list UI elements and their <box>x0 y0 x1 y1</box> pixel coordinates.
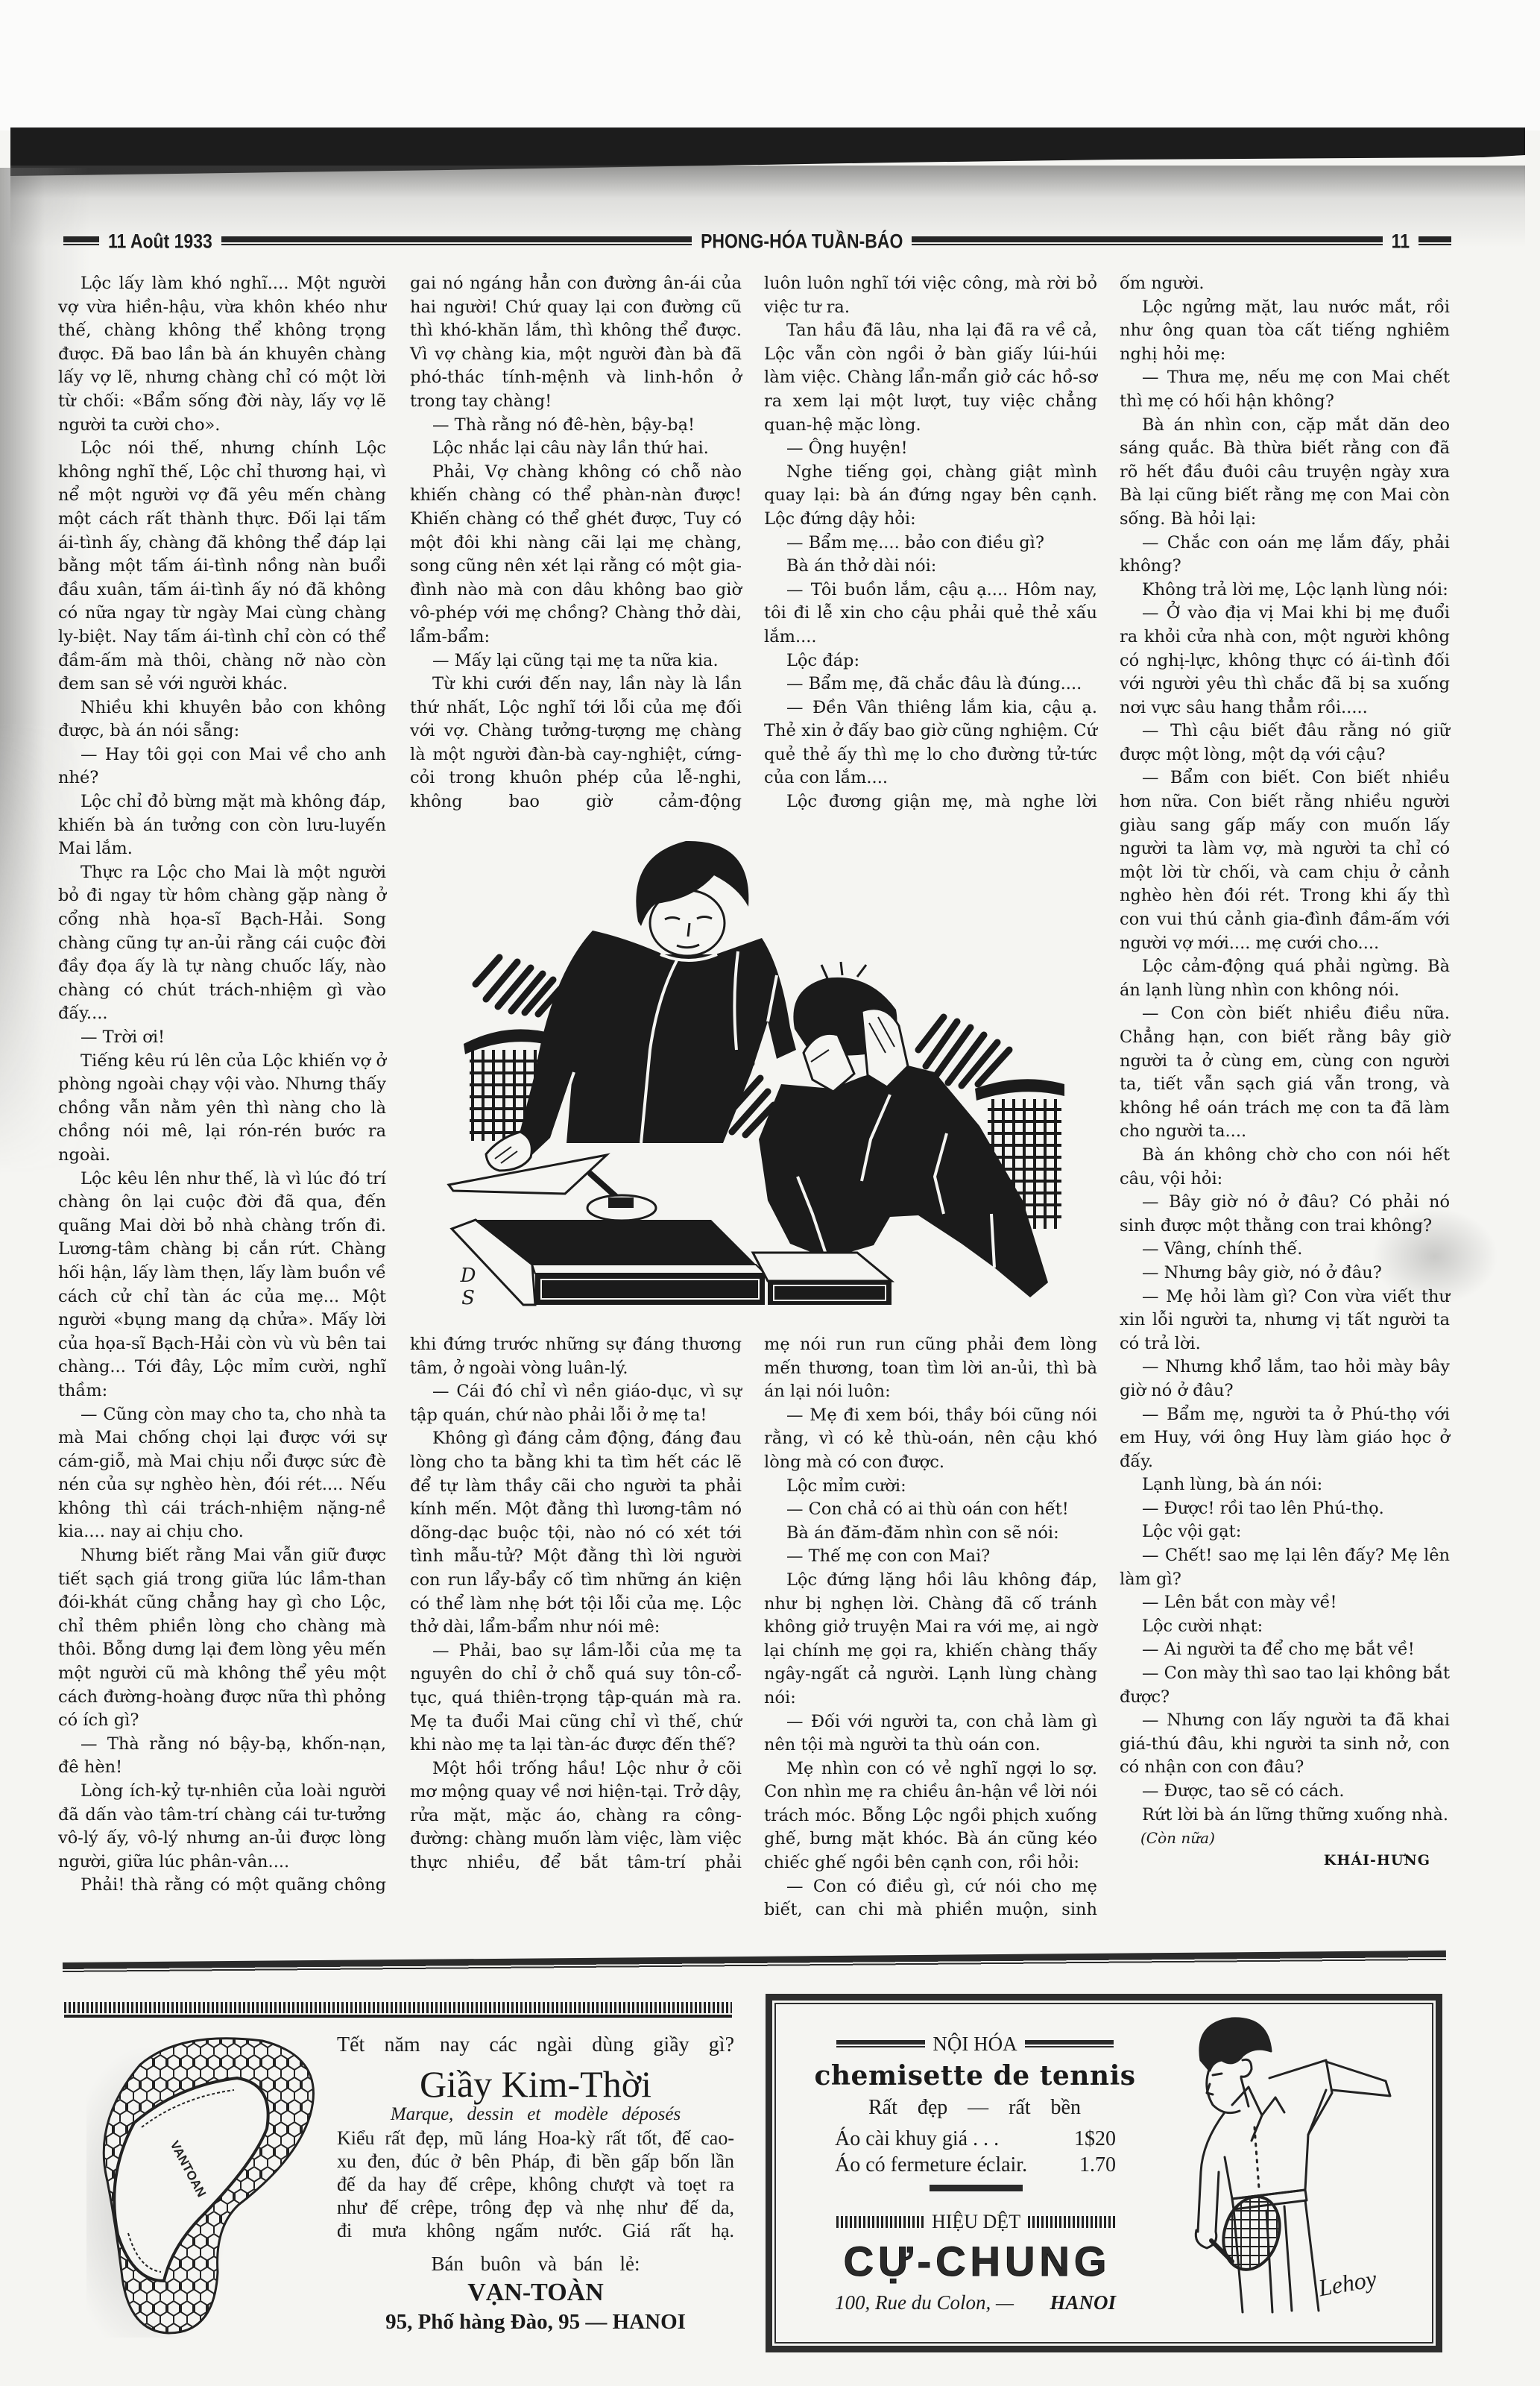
paragraph: — Mấy lại cũng tại mẹ ta nữa kia. <box>410 649 742 673</box>
ad-body-line: như đế crêpe, trông đẹp và nhẹ như đế da… <box>337 2196 734 2219</box>
paragraph: Lạnh lùng, bà án nói: <box>1120 1473 1450 1497</box>
paragraph: Từ khi cưới đến nay, lần này là lần thứ … <box>410 673 742 814</box>
paragraph: — Con chả có ai thù oán con hết! <box>764 1498 1097 1522</box>
paragraph: — Cái đó chỉ vì nền giáo-dục, vì sự tập … <box>410 1380 742 1427</box>
author-byline: KHÁI-HƯNG <box>1120 1849 1450 1872</box>
paragraph: Tan hầu đã lâu, nha lại đã ra về cả, Lộc… <box>764 319 1097 437</box>
paragraph: — Đối với người ta, con chả làm gì nên t… <box>764 1710 1097 1757</box>
paragraph: Lộc vội gạt: <box>1120 1520 1450 1544</box>
paragraph: — Thế mẹ con con Mai? <box>764 1545 1097 1569</box>
paragraph: — Nhưng con lấy người ta đã khai giá-thú… <box>1120 1709 1450 1780</box>
paragraph: Bà án thở dài nói: <box>764 555 1097 579</box>
rule <box>836 2040 925 2047</box>
paragraph: — Nhưng bây giờ, nó ở đâu? <box>1120 1262 1450 1285</box>
paragraph: — Bẩm mẹ.... bảo con điều gì? <box>764 532 1097 555</box>
shoe-sole-illustration: VANTOAN <box>86 2032 332 2338</box>
paragraph: — Vâng, chính thế. <box>1120 1238 1450 1262</box>
ad-body-line: đi mưa không ngấm nước. Giá rất hạ. <box>337 2219 734 2242</box>
header-rule <box>912 236 1382 245</box>
paragraph: — Nhưng khổ lắm, tao hỏi mày bây giờ nó … <box>1120 1356 1450 1403</box>
paragraph: — Con còn biết nhiều điều nữa. Chẳng hạn… <box>1120 1002 1450 1144</box>
header-rule <box>221 236 692 245</box>
story-column-3-bottom: mẹ nói run run cũng phải đem lòng mến th… <box>764 1333 1097 1922</box>
scan-dark-edge <box>0 0 1540 194</box>
paragraph: Lộc lấy làm khó nghĩ.... Một người vợ vừ… <box>58 272 386 437</box>
price-line: Áo cài khuy giá . . . 1$20 <box>835 2127 1116 2151</box>
paragraph: Một hồi trống hầu! Lộc như ở cõi mơ mộng… <box>410 1757 742 1875</box>
paragraph: Lộc chỉ đỏ bừng mặt mà không đáp, khiến … <box>58 790 386 861</box>
illustrator-signature: DS <box>457 1265 479 1309</box>
paragraph: Lòng ích-kỷ tự-nhiên của loài người đã d… <box>58 1780 386 1874</box>
rule <box>64 2015 732 2018</box>
shoe-ad-copy: Tết năm nay các ngài dùng giầy gì? Giầy … <box>337 2032 734 2345</box>
ad-body-line: xu đen, đúc ở bên Pháp, đi bền gấp bốn l… <box>337 2150 734 2173</box>
paragraph: Phải, Vợ chàng không có chỗ nào khiến ch… <box>410 461 742 649</box>
advertisement-shoes: VANTOAN Tết năm nay các ngài dùng giầy g… <box>60 1998 738 2349</box>
paragraph: Bà án nhìn con, cặp mắt dăn deo sáng quắ… <box>1120 414 1450 532</box>
paragraph: Không gì đáng cảm động, đáng đau lòng ch… <box>410 1427 742 1639</box>
paragraph: Phải! thà rằng có một quãng chông <box>58 1874 386 1898</box>
paragraph: Lộc cảm-động quá phải ngừng. Bà án lạnh … <box>1120 955 1450 1002</box>
price-line: Áo có fermeture éclair. 1.70 <box>835 2153 1116 2177</box>
paragraph: Rứt lời bà án lững thững xuống nhà. <box>1120 1804 1450 1828</box>
shop-name: CỰ-CHUNG <box>836 2238 1118 2285</box>
paragraph: Tiếng kêu rú lên của Lộc khiến vợ ở phòn… <box>58 1050 386 1168</box>
price-value: 1.70 <box>1079 2153 1116 2177</box>
paragraph: mẹ nói run run cũng phải đem lòng mến th… <box>764 1333 1097 1404</box>
paragraph: Bà án không chờ cho con nói hết câu, vội… <box>1120 1144 1450 1191</box>
striped-rule <box>836 2216 924 2228</box>
paragraph: Thực ra Lộc cho Mai là một người bỏ đi n… <box>58 861 386 1026</box>
header-rule <box>63 236 99 245</box>
paragraph: — Chết! sao mẹ lại lên đấy? Mẹ lên làm g… <box>1120 1544 1450 1591</box>
paragraph: — Mẹ đi xem bói, thầy bói cũng nói rằng,… <box>764 1404 1097 1475</box>
paragraph: — Lên bắt con mày về! <box>1120 1591 1450 1615</box>
paragraph: — Mẹ hỏi làm gì? Con vừa viết thư xin lỗ… <box>1120 1285 1450 1356</box>
paragraph: — Thà rằng nó bậy-bạ, khốn-nạn, đê hèn! <box>58 1733 386 1780</box>
paragraph: — Phải, bao sự lầm-lỗi của mẹ ta nguyên … <box>410 1640 742 1757</box>
paragraph: — Thưa mẹ, nếu mẹ con Mai chết thì mẹ có… <box>1120 366 1450 413</box>
paragraph: — Ai người ta để cho mẹ bắt về! <box>1120 1638 1450 1662</box>
shop-label: HIỆU DỆT <box>932 2212 1020 2232</box>
story-column-4: ốm người.Lộc ngửng mặt, lau nước mắt, rồ… <box>1120 272 1450 1872</box>
shop-city: HANOI <box>1050 2291 1116 2314</box>
kicker-row: NỘI HÓA <box>836 2033 1114 2055</box>
paragraph: Lộc đương giận mẹ, mà nghe lời <box>764 790 1097 814</box>
paragraph: — Bẩm con biết. Con biết nhiều hơn nữa. … <box>1120 767 1450 955</box>
rule <box>1025 2040 1114 2047</box>
section-divider <box>63 1951 1446 1973</box>
paragraph: Lộc nói thế, nhưng chính Lộc không nghĩ … <box>58 437 386 696</box>
paragraph: — Hay tôi gọi con Mai về cho anh nhé? <box>58 743 386 790</box>
ad-body: Kiểu rất đẹp, mũ láng Hoa-kỳ rất tốt, đế… <box>337 2127 734 2242</box>
story-column-1: Lộc lấy làm khó nghĩ.... Một người vợ vừ… <box>58 272 386 1898</box>
paragraph: — Chắc con oán mẹ lắm đấy, phải không? <box>1120 532 1450 579</box>
paragraph: — Bẩm mẹ, người ta ở Phú-thọ với em Huy,… <box>1120 1403 1450 1474</box>
paragraph: Lộc nhắc lại câu này lần thứ hai. <box>410 437 742 461</box>
ad-brand-name: Giầy Kim-Thời <box>337 2062 734 2106</box>
ad-body-line: đế da hay đế crêpe, không chượt và toẹt … <box>337 2173 734 2196</box>
ad-body-line: Kiểu rất đẹp, mũ láng Hoa-kỳ rất tốt, đế… <box>337 2127 734 2150</box>
sales-label: Bán buôn và bán lẻ: <box>337 2252 734 2276</box>
rule <box>930 2185 1023 2191</box>
tagline: Rất đẹp — rất bền <box>868 2096 1081 2120</box>
paragraph: — Trời ơi! <box>58 1026 386 1050</box>
ad-headline: Tết năm nay các ngài dùng giầy gì? <box>337 2033 734 2058</box>
shop-address: 100, Rue du Colon, — HANOI <box>835 2291 1116 2314</box>
price-value: 1$20 <box>1074 2127 1116 2151</box>
paragraph: Lộc cười nhạt: <box>1120 1615 1450 1639</box>
paragraph: — Bẩm mẹ, đã chắc đâu là đúng.... <box>764 673 1097 696</box>
paragraph: — Đền Vân thiêng lắm kia, cậu ạ. Thẻ xin… <box>764 696 1097 790</box>
price-label: Áo cài khuy giá . . . <box>835 2127 999 2151</box>
paragraph: — Con mày thì sao tao lại không bắt được… <box>1120 1662 1450 1709</box>
paragraph: — Ông huyện! <box>764 437 1097 461</box>
story-column-2-top: gai nó ngáng hẳn con đường ân-ái của hai… <box>410 272 742 814</box>
paragraph: khi đứng trước những sự đáng thương tâm,… <box>410 1333 742 1380</box>
product-name: chemisette de tennis <box>812 2058 1138 2094</box>
paragraph: Nghe tiếng gọi, chàng giật mình quay lại… <box>764 461 1097 532</box>
price-label: Áo có fermeture éclair. <box>835 2153 1027 2177</box>
seller-name: VẠN-TOÀN <box>337 2279 734 2307</box>
seller-address: 95, Phố hàng Đào, 95 — HANOI <box>337 2310 734 2334</box>
paragraph: Lộc kêu lên như thế, là vì lúc đó trí ch… <box>58 1168 386 1403</box>
paragraph: gai nó ngáng hẳn con đường ân-ái của hai… <box>410 272 742 414</box>
paragraph: — Thà rằng nó đê-hèn, bậy-bạ! <box>410 414 742 438</box>
paragraph: Nhiều khi khuyên bảo con không được, bà … <box>58 696 386 743</box>
trademark-note: Marque, dessin et modèle déposés <box>337 2103 734 2127</box>
striped-rule <box>1028 2216 1116 2228</box>
paragraph: Lộc đứng lặng hồi lâu không đáp, như bị … <box>764 1569 1097 1710</box>
newspaper-title: PHONG-HÓA TUẦN-BÁO <box>701 226 903 256</box>
story-illustration: DS <box>440 826 1103 1333</box>
paragraph: — Ở vào địa vị Mai khi bị mẹ đuổi ra khỏ… <box>1120 602 1450 720</box>
story-column-2-bottom: khi đứng trước những sự đáng thương tâm,… <box>410 1333 742 1875</box>
header-rule <box>1418 236 1451 245</box>
paragraph: — Bây giờ nó ở đâu? Có phải nó sinh được… <box>1120 1191 1450 1238</box>
to-be-continued-note: (Còn nữa) <box>1120 1827 1450 1849</box>
paragraph: Nhưng biết rằng Mai vẫn giữ được tiết sạ… <box>58 1544 386 1733</box>
paragraph: Không trả lời mẹ, Lộc lạnh lùng nói: <box>1120 579 1450 602</box>
story-column-3-top: luôn luôn nghĩ tới việc công, mà rời bỏ … <box>764 272 1097 814</box>
paragraph: Bà án đăm-đăm nhìn con sẽ nói: <box>764 1522 1097 1546</box>
paragraph: Lộc mỉm cười: <box>764 1475 1097 1499</box>
paragraph: — Thì cậu biết đâu rằng nó giữ được một … <box>1120 720 1450 767</box>
page-number: 11 <box>1392 226 1410 256</box>
paragraph: — Con có điều gì, cứ nói cho mẹ biết, ca… <box>764 1875 1097 1922</box>
shop-label-row: HIỆU DỆT <box>836 2212 1116 2232</box>
page-header: 11 Août 1933 PHONG-HÓA TUẦN-BÁO 11 <box>63 228 1451 254</box>
issue-date: 11 Août 1933 <box>108 226 212 256</box>
striped-rule <box>64 2002 732 2013</box>
paragraph: — Tôi buồn lắm, cậu ạ.... Hôm nay, tôi đ… <box>764 579 1097 649</box>
paragraph: — Được, tao sẽ có cách. <box>1120 1780 1450 1804</box>
paragraph: — Cũng còn may cho ta, cho nhà ta mà Mai… <box>58 1403 386 1545</box>
paragraph: luôn luôn nghĩ tới việc công, mà rời bỏ … <box>764 272 1097 319</box>
advertisement-tennis-shirt: NỘI HÓA chemisette de tennis Rất đẹp — r… <box>766 1994 1442 2352</box>
ad-kicker: NỘI HÓA <box>932 2033 1017 2055</box>
paragraph: Mẹ nhìn con có vẻ nghĩ ngợi lo sợ. Con n… <box>764 1757 1097 1875</box>
paragraph: ốm người. <box>1120 272 1450 296</box>
paragraph: Lộc ngửng mặt, lau nước mắt, rồi như ông… <box>1120 296 1450 367</box>
shop-street: 100, Rue du Colon, — <box>835 2291 1014 2314</box>
paragraph: — Được! rồi tao lên Phú-thọ. <box>1120 1497 1450 1521</box>
paragraph: Lộc đáp: <box>764 649 1097 673</box>
